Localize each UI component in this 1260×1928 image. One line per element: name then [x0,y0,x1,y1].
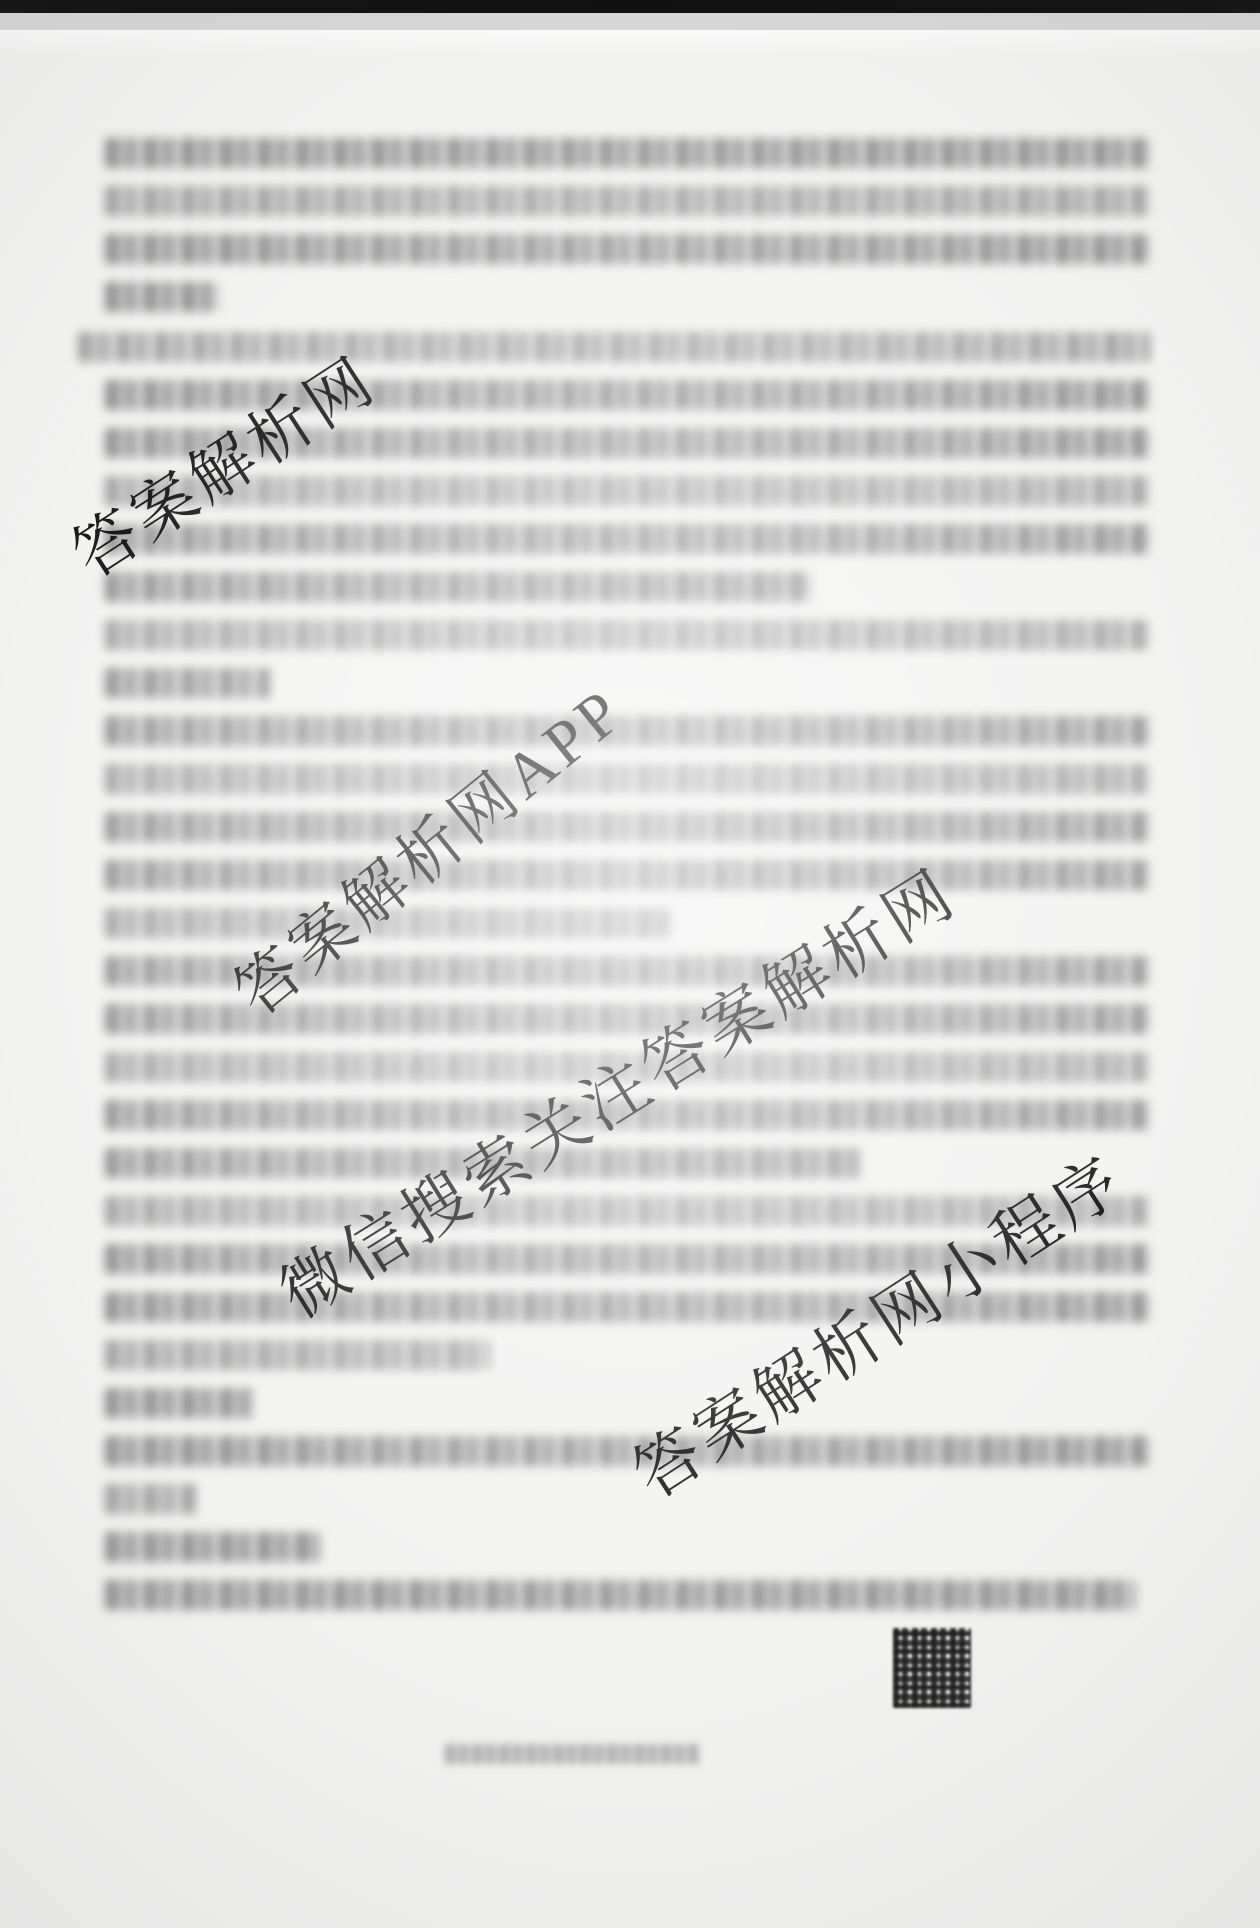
blurred-text-line [105,1580,1135,1610]
blurred-text-line [105,668,270,698]
qr-code [893,1628,971,1708]
blurred-text-line [105,764,1150,794]
blurred-text-line [105,1388,255,1418]
blurred-text-line [105,524,1150,554]
blurred-text-line [105,138,1150,168]
blurred-text-line [105,812,1150,842]
blurred-text-line [105,620,1150,650]
blurred-text-line [105,282,220,312]
page-top-fade [0,30,1260,56]
blurred-text-line [105,860,1150,890]
page-footer-blurred-caption [445,1744,700,1764]
blurred-text-line [105,1340,490,1370]
scanned-answer-sheet-page: 答案解析网 答案解析网APP 微信搜索关注答案解析网 答案解析网小程序 [0,0,1260,1928]
blurred-text-line [105,1532,320,1562]
blurred-text-line [105,234,1150,264]
blurred-text-line [105,186,1150,216]
blurred-text-line [105,572,810,602]
photo-top-gray-strip [0,13,1260,30]
blurred-text-line [78,332,1150,362]
blurred-text-line [105,1484,197,1514]
photo-top-dark-bar [0,0,1260,13]
